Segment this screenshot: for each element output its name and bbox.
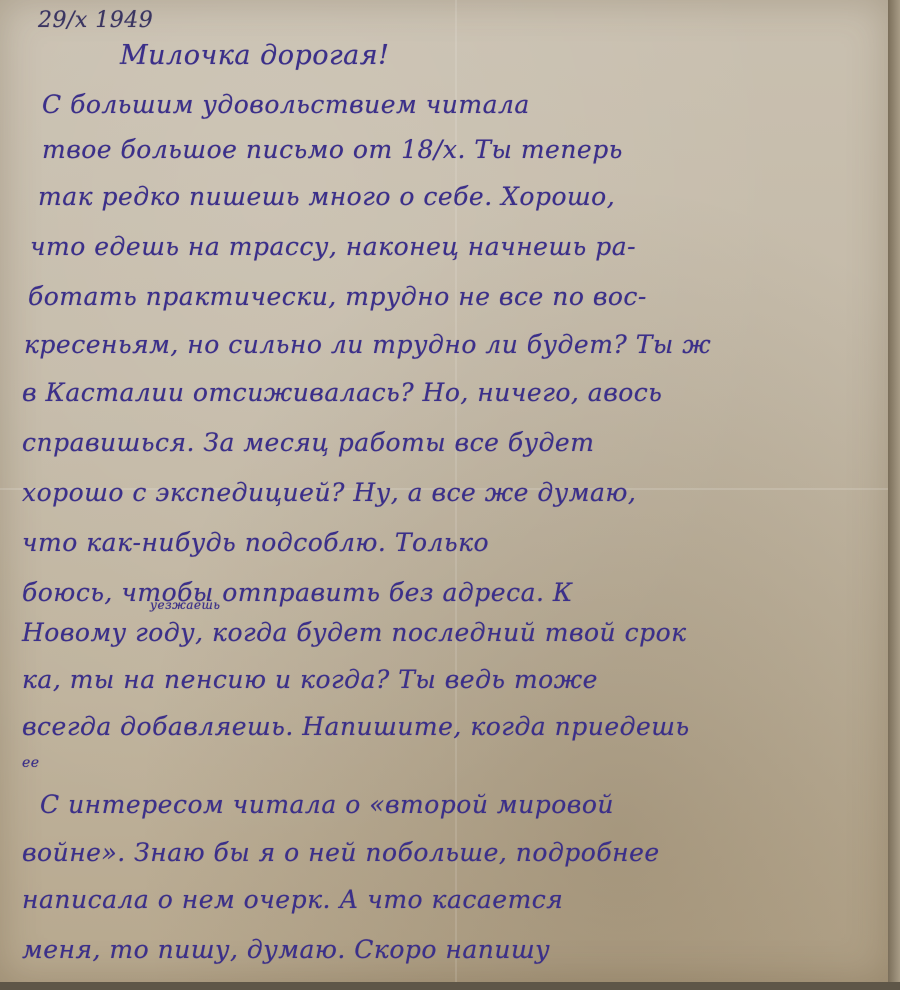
- background-edge: [888, 0, 900, 990]
- letter-line: войне». Знаю бы я о ней побольше, подроб…: [22, 838, 660, 867]
- letter-line: хорошо с экспедицией? Ну, а все же думаю…: [22, 478, 636, 507]
- letter-line: так редко пишешь много о себе. Хорошо,: [38, 182, 615, 211]
- background-edge-bottom: [0, 982, 900, 990]
- letter-line: в Касталии отсиживалась? Но, ничего, аво…: [22, 378, 662, 407]
- letter-line: С большим удовольствием читала: [42, 90, 530, 119]
- letter-page: 29/x 1949 Милочка дорогая! С большим удо…: [0, 0, 888, 982]
- letter-line: твое большое письмо от 18/x. Ты теперь: [42, 135, 623, 164]
- letter-date: 29/x 1949: [38, 8, 153, 33]
- letter-line: меня, то пишу, думаю. Скоро напишу: [22, 935, 550, 964]
- letter-line: Новому году, когда будет последний твой …: [22, 618, 687, 647]
- letter-line: ка, ты на пенсию и когда? Ты ведь тоже: [22, 665, 598, 694]
- letter-line: что как-нибудь подсоблю. Только: [22, 528, 489, 557]
- letter-line: боюсь, чтобы отправить без адреса. К: [22, 578, 573, 607]
- letter-line: ботать практически, трудно не все по вос…: [28, 282, 647, 311]
- letter-line: всегда добавляешь. Напишите, когда приед…: [22, 712, 690, 741]
- letter-line: кресеньям, но сильно ли трудно ли будет?…: [24, 330, 711, 359]
- letter-line: написала о нем очерк. А что касается: [22, 885, 563, 914]
- letter-greeting: Милочка дорогая!: [120, 40, 389, 71]
- interlinear-note: уезжаешь: [150, 598, 220, 612]
- letter-line: ее: [22, 755, 40, 771]
- letter-line: справишься. За месяц работы все будет: [22, 428, 594, 457]
- letter-line: С интересом читала о «второй мировой: [40, 790, 614, 819]
- letter-line: что едешь на трассу, наконец начнешь ра-: [30, 232, 636, 261]
